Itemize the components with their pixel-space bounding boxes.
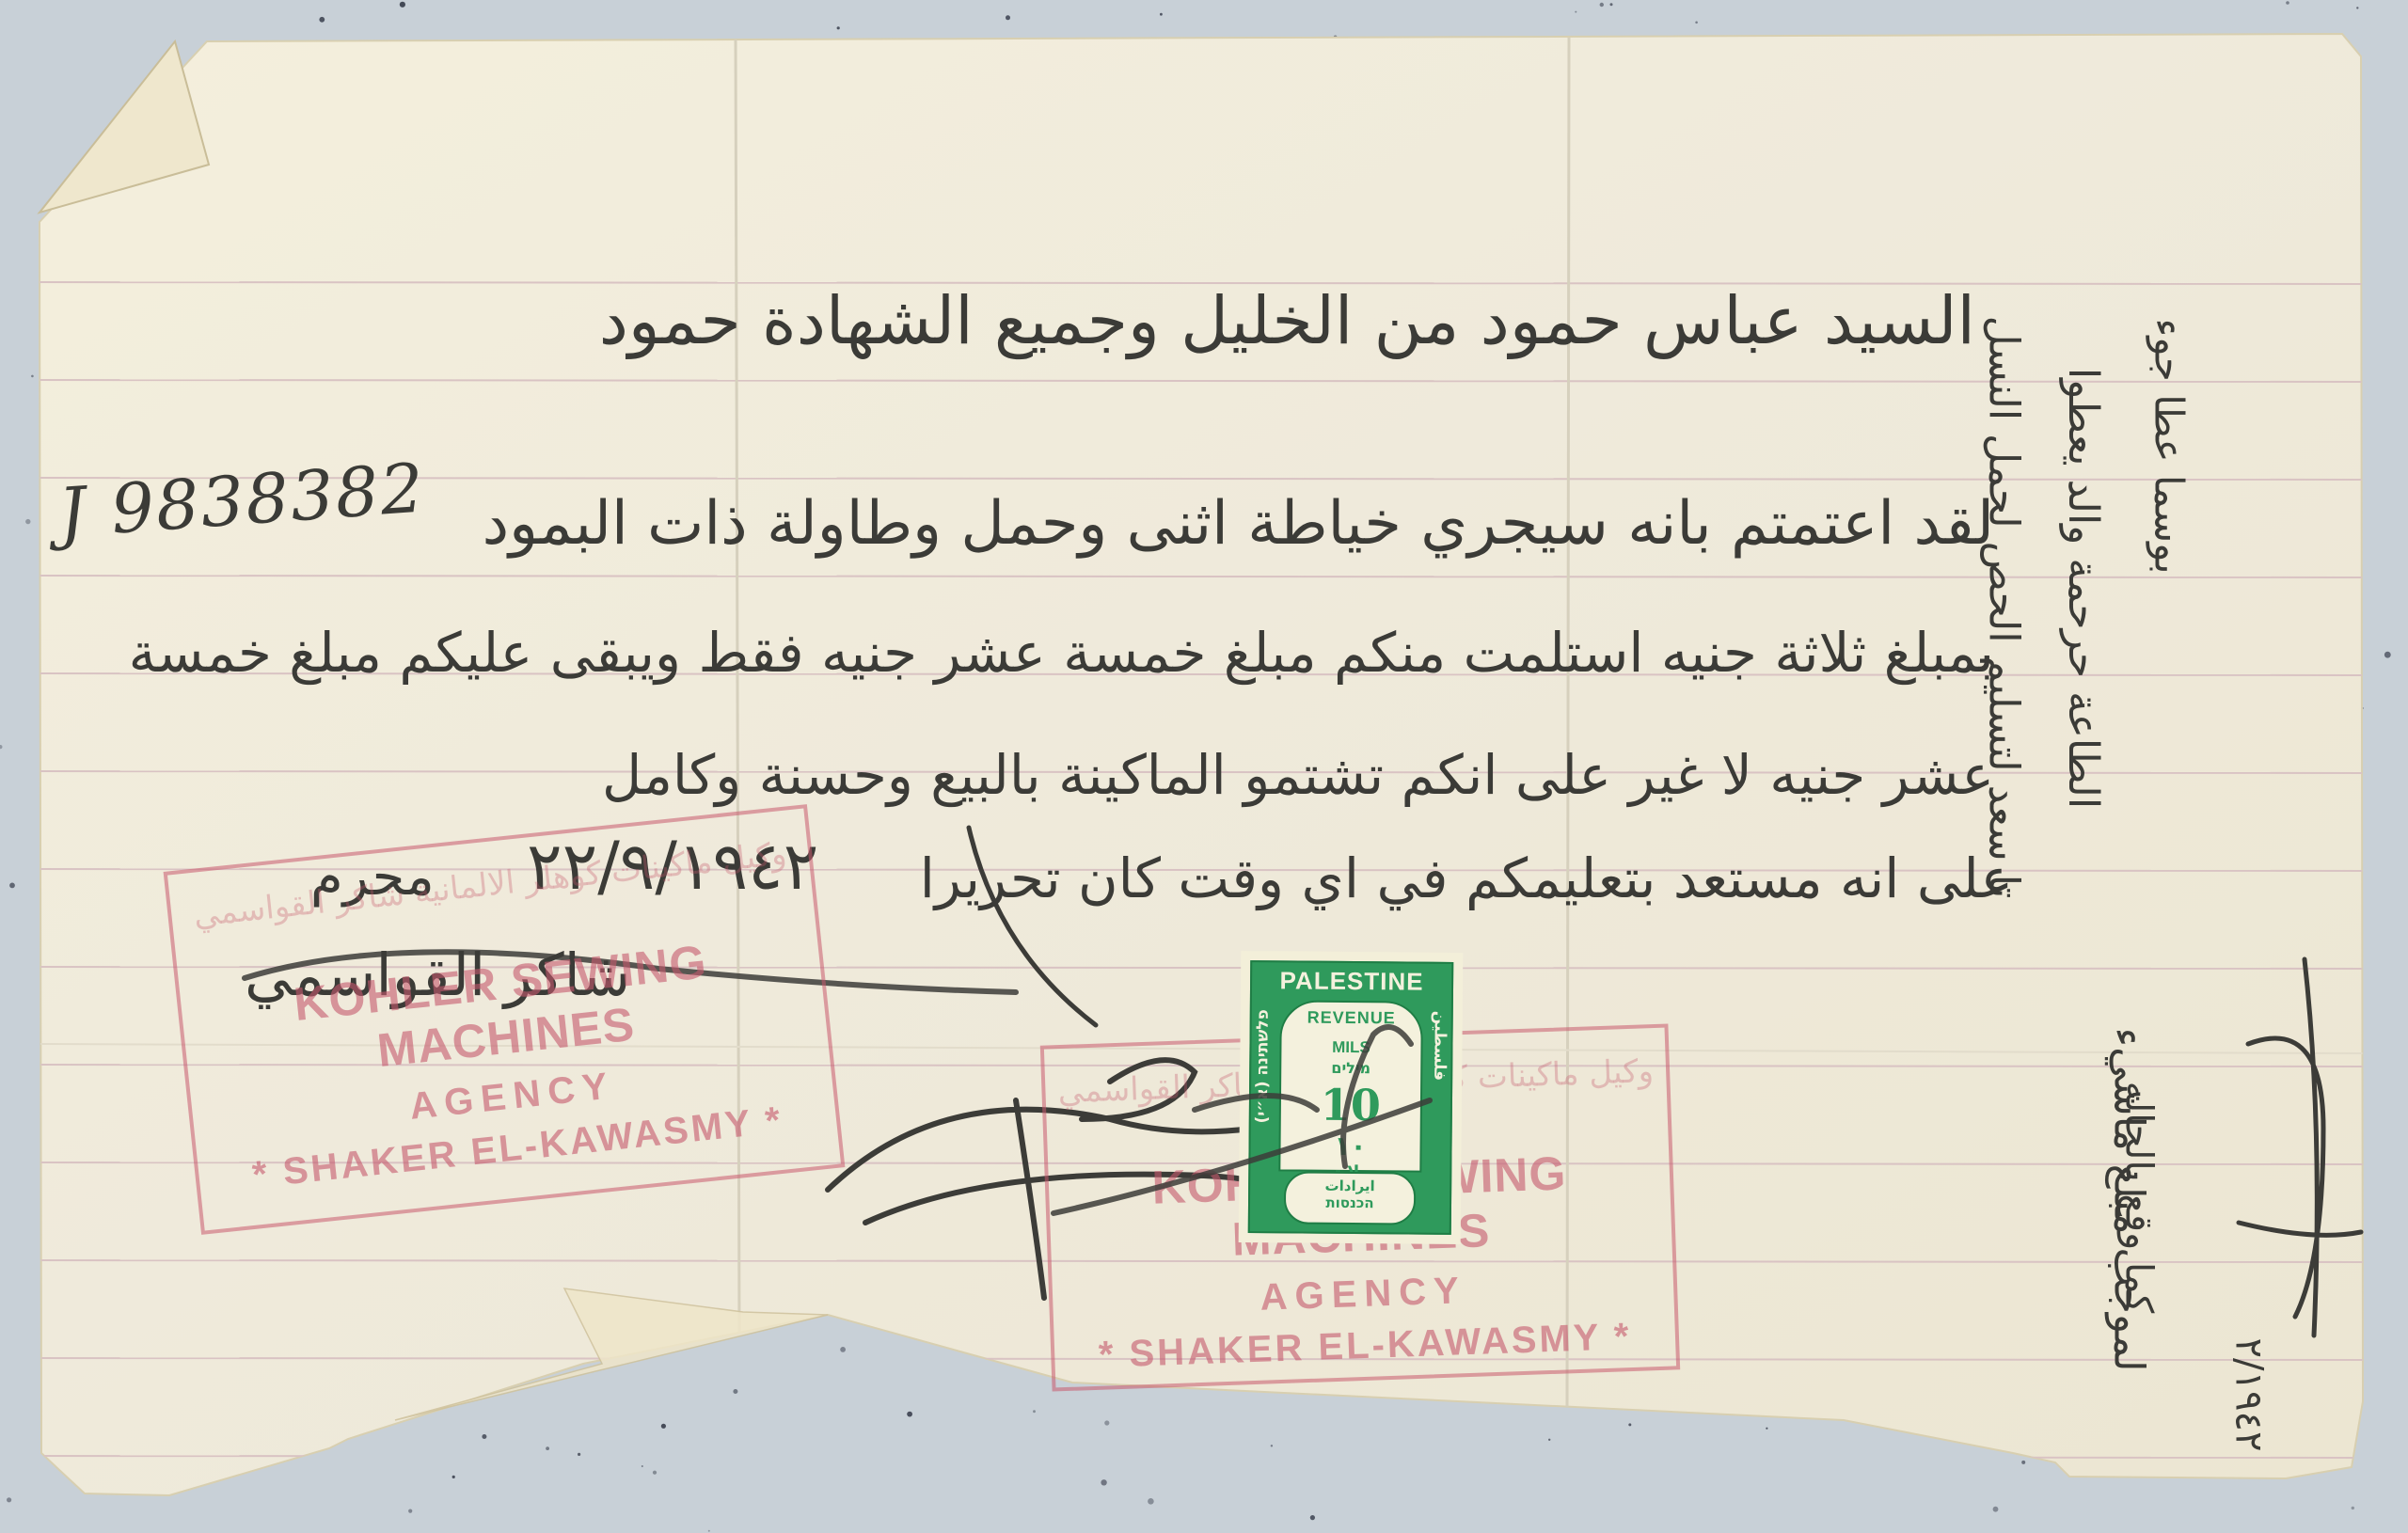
star-icon: * (1098, 1334, 1117, 1376)
margin-note-right-1: تا سعد لتسليم الحص لحمل النسل (1979, 316, 2027, 899)
stamp-cancel-stroke (1035, 978, 1505, 1260)
body-line-4: على انه مستعد بتعليمكم في اي وقت كان تحر… (941, 846, 2013, 910)
star-icon: * (1613, 1316, 1632, 1358)
margin-note-bottom-right-2: كما وقع بالحاله (2116, 1082, 2160, 1314)
margin-note-right-2: الطاعة حرحمة والد يعطوا (2059, 368, 2107, 809)
company-stamp-1: وكيل ماكينات كوهلر الالمانية شاكر القواس… (164, 804, 846, 1235)
ruled-line (40, 1456, 2363, 1458)
star-icon: * (763, 1099, 784, 1143)
body-line-3: عشر جنيه لا غير على انكم تشتمو الماكينة … (235, 743, 1994, 807)
salutation-line: السيد عباس حمود من الخليل وجميع الشهادة … (376, 282, 1975, 359)
margin-note-right-3: بوسما عطا جوء (2147, 318, 2193, 574)
company-stamp-line3: * SHAKER EL-KAWASMY * (1054, 1314, 1676, 1378)
star-icon: * (250, 1153, 272, 1196)
body-line-2: بمبلغ ثلاثة جنيه استلمت منكم مبلغ خمسة ع… (235, 621, 1994, 685)
margin-note-bottom-right-3: ٢/١٩٤٢ (2226, 1338, 2270, 1452)
body-line-1: لقد اعتمتم بانه سيجري خياطة اثنى وحمل وط… (357, 489, 1994, 559)
